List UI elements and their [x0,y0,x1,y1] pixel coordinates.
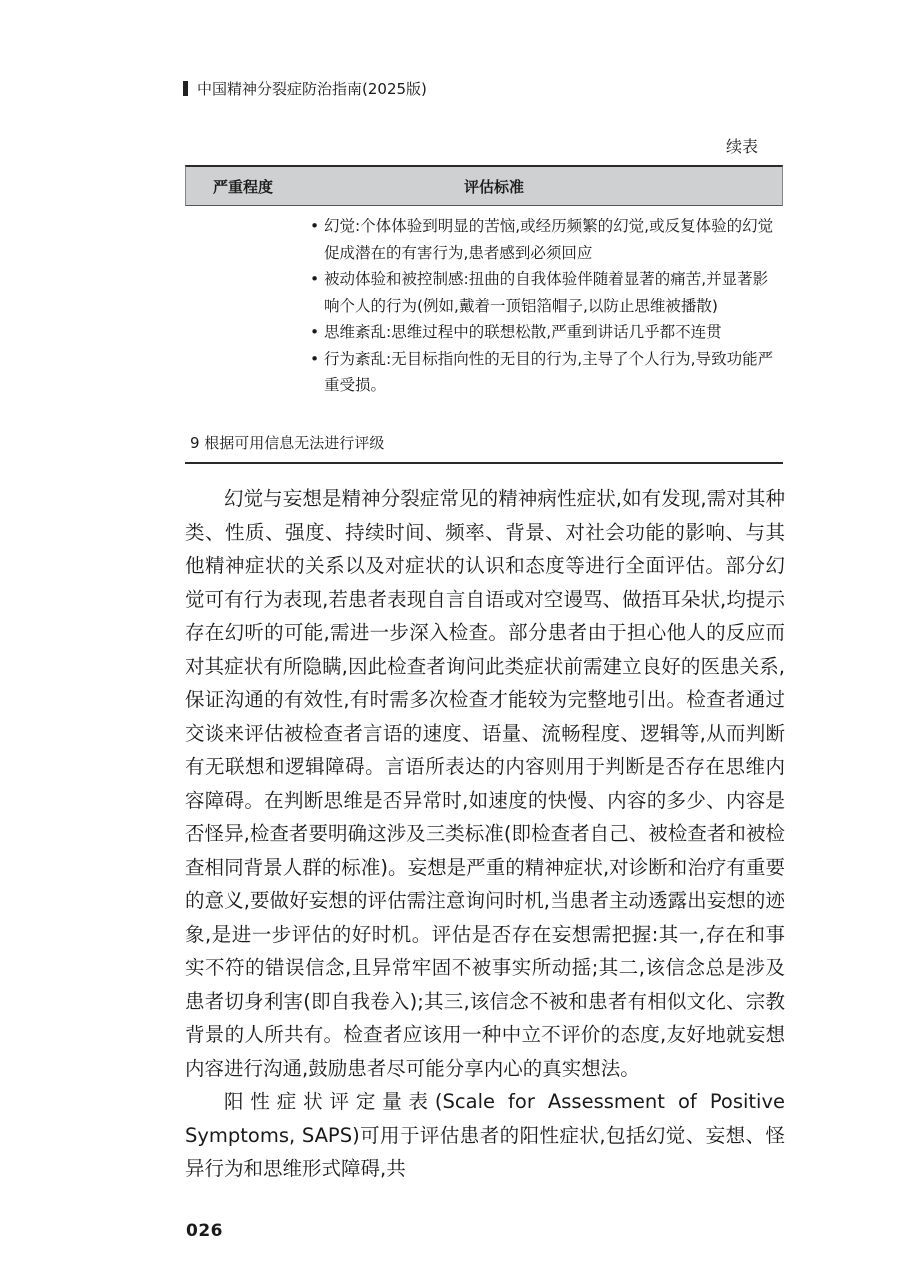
criteria-text: 思维紊乱:思维过程中的联想松散,严重到讲话几乎都不连贯 [324,323,722,341]
bullet-icon: • [310,346,319,373]
criteria-item-thought-disorder: • 思维紊乱:思维过程中的联想松散,严重到讲话几乎都不连贯 [310,319,778,346]
running-header: 中国精神分裂症防治指南(2025版) [183,78,427,99]
bullet-icon: • [310,319,319,346]
paragraph-hallucination-delusion: 幻觉与妄想是精神分裂症常见的精神病性症状,如有发现,需对其种类、性质、强度、持续… [185,482,785,1085]
criteria-item-behavior-disorder: • 行为紊乱:无目标指向性的无目的行为,主导了个人行为,导致功能严重受损。 [310,346,778,399]
criteria-text: 幻觉:个体体验到明显的苦恼,或经历频繁的幻觉,或反复体验的幻觉促成潜在的有害行为… [324,217,773,262]
header-marker-icon [183,81,188,96]
criteria-list: • 幻觉:个体体验到明显的苦恼,或经历频繁的幻觉,或反复体验的幻觉促成潜在的有害… [310,213,778,399]
paragraph-saps: 阳性症状评定量表(Scale for Assessment of Positiv… [185,1085,785,1186]
bullet-icon: • [310,266,319,293]
table-footer-row: 9 根据可用信息无法进行评级 [185,430,783,464]
running-title: 中国精神分裂症防治指南(2025版) [197,78,427,99]
column-header-criteria: 评估标准 [464,176,524,197]
criteria-text: 被动体验和被控制感:扭曲的自我体验伴随着显著的痛苦,并显著影响个人的行为(例如,… [324,270,768,315]
table-continued-label: 续表 [726,134,758,157]
criteria-text: 行为紊乱:无目标指向性的无目的行为,主导了个人行为,导致功能严重受损。 [324,350,773,395]
page-number: 026 [186,1221,223,1241]
criteria-item-passivity: • 被动体验和被控制感:扭曲的自我体验伴随着显著的痛苦,并显著影响个人的行为(例… [310,266,778,319]
criteria-item-hallucination: • 幻觉:个体体验到明显的苦恼,或经历频繁的幻觉,或反复体验的幻觉促成潜在的有害… [310,213,778,266]
column-header-severity: 严重程度 [213,176,273,197]
body-text: 幻觉与妄想是精神分裂症常见的精神病性症状,如有发现,需对其种类、性质、强度、持续… [185,482,785,1186]
bullet-icon: • [310,213,319,240]
severity-table: 严重程度 评估标准 • 幻觉:个体体验到明显的苦恼,或经历频繁的幻觉,或反复体验… [185,165,783,206]
table-header-row: 严重程度 评估标准 [185,165,783,206]
unratable-note: 9 根据可用信息无法进行评级 [190,432,384,453]
